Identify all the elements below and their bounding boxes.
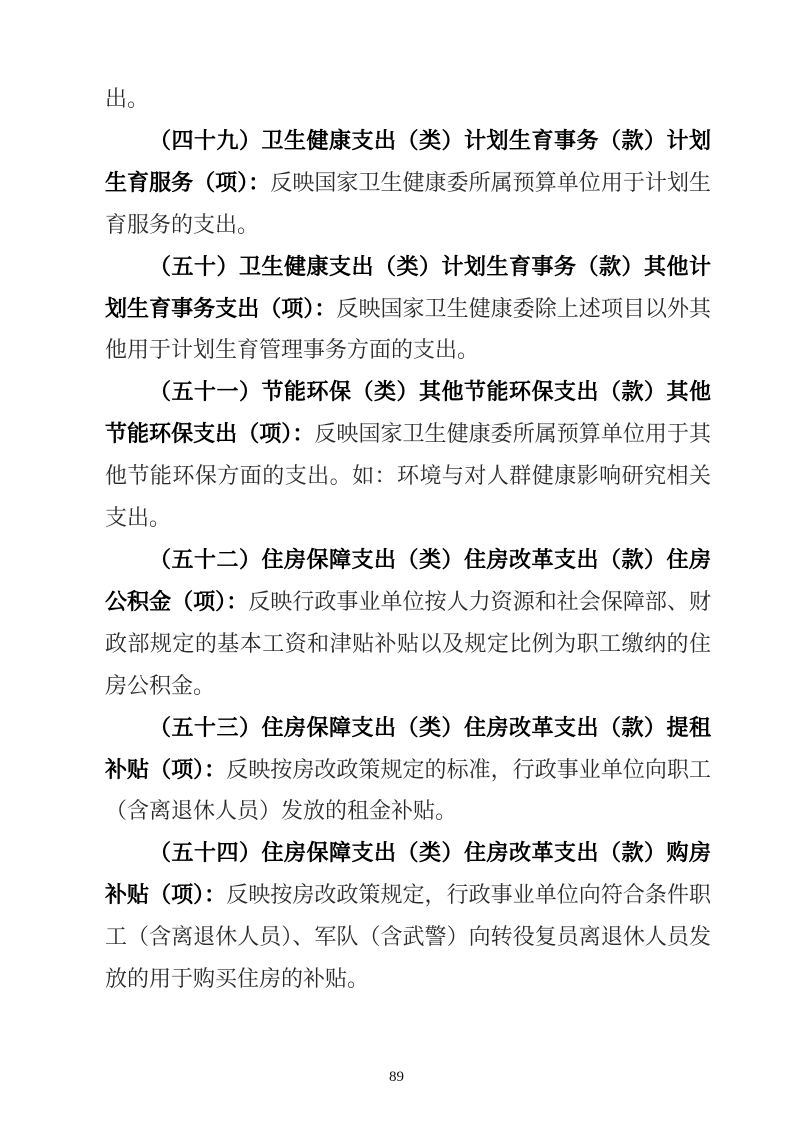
- paragraph: （五十四）住房保障支出（类）住房改革支出（款）购房补贴（项）：反映按房改政策规定…: [105, 832, 711, 1000]
- paragraph: （四十九）卫生健康支出（类）计划生育事务（款）计划生育服务（项）：反映国家卫生健…: [105, 120, 711, 246]
- document-page: 出。 （四十九）卫生健康支出（类）计划生育事务（款）计划生育服务（项）：反映国家…: [0, 0, 793, 1122]
- document-content: 出。 （四十九）卫生健康支出（类）计划生育事务（款）计划生育服务（项）：反映国家…: [105, 78, 711, 1000]
- paragraph: （五十一）节能环保（类）其他节能环保支出（款）其他节能环保支出（项）：反映国家卫…: [105, 371, 711, 539]
- paragraph-continuation-fragment: 出。: [105, 78, 711, 120]
- paragraph: （五十三）住房保障支出（类）住房改革支出（款）提租补贴（项）：反映按房改政策规定…: [105, 707, 711, 833]
- paragraph: （五十二）住房保障支出（类）住房改革支出（款）住房公积金（项）：反映行政事业单位…: [105, 539, 711, 707]
- page-number: 89: [389, 1069, 404, 1085]
- paragraph-list: （四十九）卫生健康支出（类）计划生育事务（款）计划生育服务（项）：反映国家卫生健…: [105, 120, 711, 1000]
- page-footer: 89: [0, 1068, 793, 1086]
- paragraph: （五十）卫生健康支出（类）计划生育事务（款）其他计划生育事务支出（项）：反映国家…: [105, 246, 711, 372]
